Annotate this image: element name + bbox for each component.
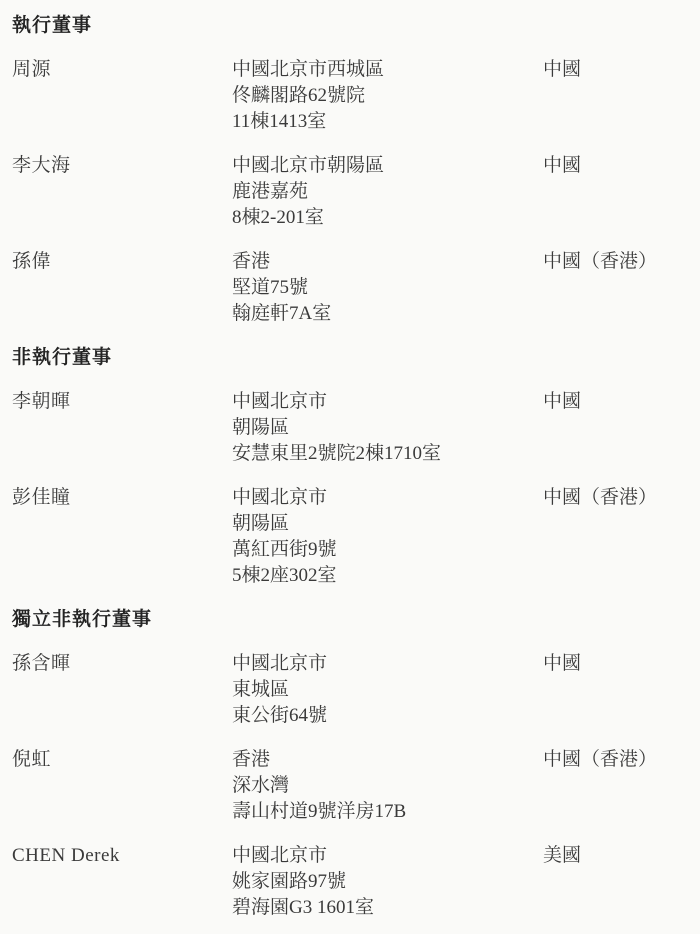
address-line: 中國北京市西城區 — [232, 57, 543, 83]
address-line: 壽山村道9號洋房17B — [232, 799, 543, 825]
director-section: 非執行董事 李朝暉 中國北京市朝陽區安慧東里2號院2棟1710室 中國 彭佳瞳 … — [12, 345, 690, 589]
table-row: 彭佳瞳 中國北京市朝陽區萬紅西街9號5棟2座302室 中國（香港） — [12, 485, 690, 589]
director-address: 中國北京市東城區東公街64號 — [232, 651, 543, 729]
table-row: 孫含暉 中國北京市東城區東公街64號 中國 — [12, 651, 690, 729]
table-row: 周源 中國北京市西城區佟麟閣路62號院11棟1413室 中國 — [12, 57, 690, 135]
section-title: 非執行董事 — [12, 345, 690, 371]
address-line: 中國北京市 — [232, 651, 543, 677]
address-line: 翰庭軒7A室 — [232, 301, 543, 327]
document-page: 執行董事 周源 中國北京市西城區佟麟閣路62號院11棟1413室 中國 李大海 … — [0, 0, 700, 934]
section-rows: 李朝暉 中國北京市朝陽區安慧東里2號院2棟1710室 中國 彭佳瞳 中國北京市朝… — [12, 389, 690, 589]
address-line: 姚家園路97號 — [232, 869, 543, 895]
table-row: CHEN Derek 中國北京市姚家園路97號碧海園G3 1601室 美國 — [12, 843, 690, 921]
directors-list: 執行董事 周源 中國北京市西城區佟麟閣路62號院11棟1413室 中國 李大海 … — [12, 13, 690, 921]
director-nationality: 中國 — [543, 153, 690, 179]
table-row: 李大海 中國北京市朝陽區鹿港嘉苑8棟2-201室 中國 — [12, 153, 690, 231]
director-name: 孫含暉 — [12, 651, 232, 677]
director-nationality: 中國 — [543, 389, 690, 415]
section-title: 執行董事 — [12, 13, 690, 39]
address-line: 萬紅西街9號 — [232, 537, 543, 563]
director-name: CHEN Derek — [12, 843, 232, 869]
director-address: 香港堅道75號翰庭軒7A室 — [232, 249, 543, 327]
director-name: 倪虹 — [12, 747, 232, 773]
address-line: 5棟2座302室 — [232, 563, 543, 589]
director-address: 中國北京市朝陽區萬紅西街9號5棟2座302室 — [232, 485, 543, 589]
director-address: 中國北京市西城區佟麟閣路62號院11棟1413室 — [232, 57, 543, 135]
table-row: 倪虹 香港深水灣壽山村道9號洋房17B 中國（香港） — [12, 747, 690, 825]
director-address: 中國北京市朝陽區安慧東里2號院2棟1710室 — [232, 389, 543, 467]
table-row: 孫偉 香港堅道75號翰庭軒7A室 中國（香港） — [12, 249, 690, 327]
address-line: 8棟2-201室 — [232, 205, 543, 231]
director-address: 中國北京市姚家園路97號碧海園G3 1601室 — [232, 843, 543, 921]
director-section: 執行董事 周源 中國北京市西城區佟麟閣路62號院11棟1413室 中國 李大海 … — [12, 13, 690, 327]
director-nationality: 中國（香港） — [543, 249, 690, 275]
address-line: 中國北京市朝陽區 — [232, 153, 543, 179]
director-name: 李朝暉 — [12, 389, 232, 415]
address-line: 佟麟閣路62號院 — [232, 83, 543, 109]
table-row: 李朝暉 中國北京市朝陽區安慧東里2號院2棟1710室 中國 — [12, 389, 690, 467]
address-line: 碧海園G3 1601室 — [232, 895, 543, 921]
address-line: 深水灣 — [232, 773, 543, 799]
section-rows: 周源 中國北京市西城區佟麟閣路62號院11棟1413室 中國 李大海 中國北京市… — [12, 57, 690, 327]
section-title: 獨立非執行董事 — [12, 607, 690, 633]
director-section: 獨立非執行董事 孫含暉 中國北京市東城區東公街64號 中國 倪虹 香港深水灣壽山… — [12, 607, 690, 921]
section-rows: 孫含暉 中國北京市東城區東公街64號 中國 倪虹 香港深水灣壽山村道9號洋房17… — [12, 651, 690, 921]
director-address: 香港深水灣壽山村道9號洋房17B — [232, 747, 543, 825]
address-line: 朝陽區 — [232, 511, 543, 537]
director-name: 孫偉 — [12, 249, 232, 275]
address-line: 中國北京市 — [232, 389, 543, 415]
address-line: 中國北京市 — [232, 485, 543, 511]
address-line: 堅道75號 — [232, 275, 543, 301]
director-nationality: 中國（香港） — [543, 747, 690, 773]
address-line: 11棟1413室 — [232, 109, 543, 135]
director-nationality: 中國 — [543, 57, 690, 83]
address-line: 香港 — [232, 747, 543, 773]
director-name: 周源 — [12, 57, 232, 83]
address-line: 安慧東里2號院2棟1710室 — [232, 441, 543, 467]
address-line: 中國北京市 — [232, 843, 543, 869]
address-line: 朝陽區 — [232, 415, 543, 441]
director-nationality: 中國（香港） — [543, 485, 690, 511]
address-line: 鹿港嘉苑 — [232, 179, 543, 205]
address-line: 香港 — [232, 249, 543, 275]
director-nationality: 中國 — [543, 651, 690, 677]
director-nationality: 美國 — [543, 843, 690, 869]
director-address: 中國北京市朝陽區鹿港嘉苑8棟2-201室 — [232, 153, 543, 231]
address-line: 東公街64號 — [232, 703, 543, 729]
director-name: 李大海 — [12, 153, 232, 179]
director-name: 彭佳瞳 — [12, 485, 232, 511]
address-line: 東城區 — [232, 677, 543, 703]
